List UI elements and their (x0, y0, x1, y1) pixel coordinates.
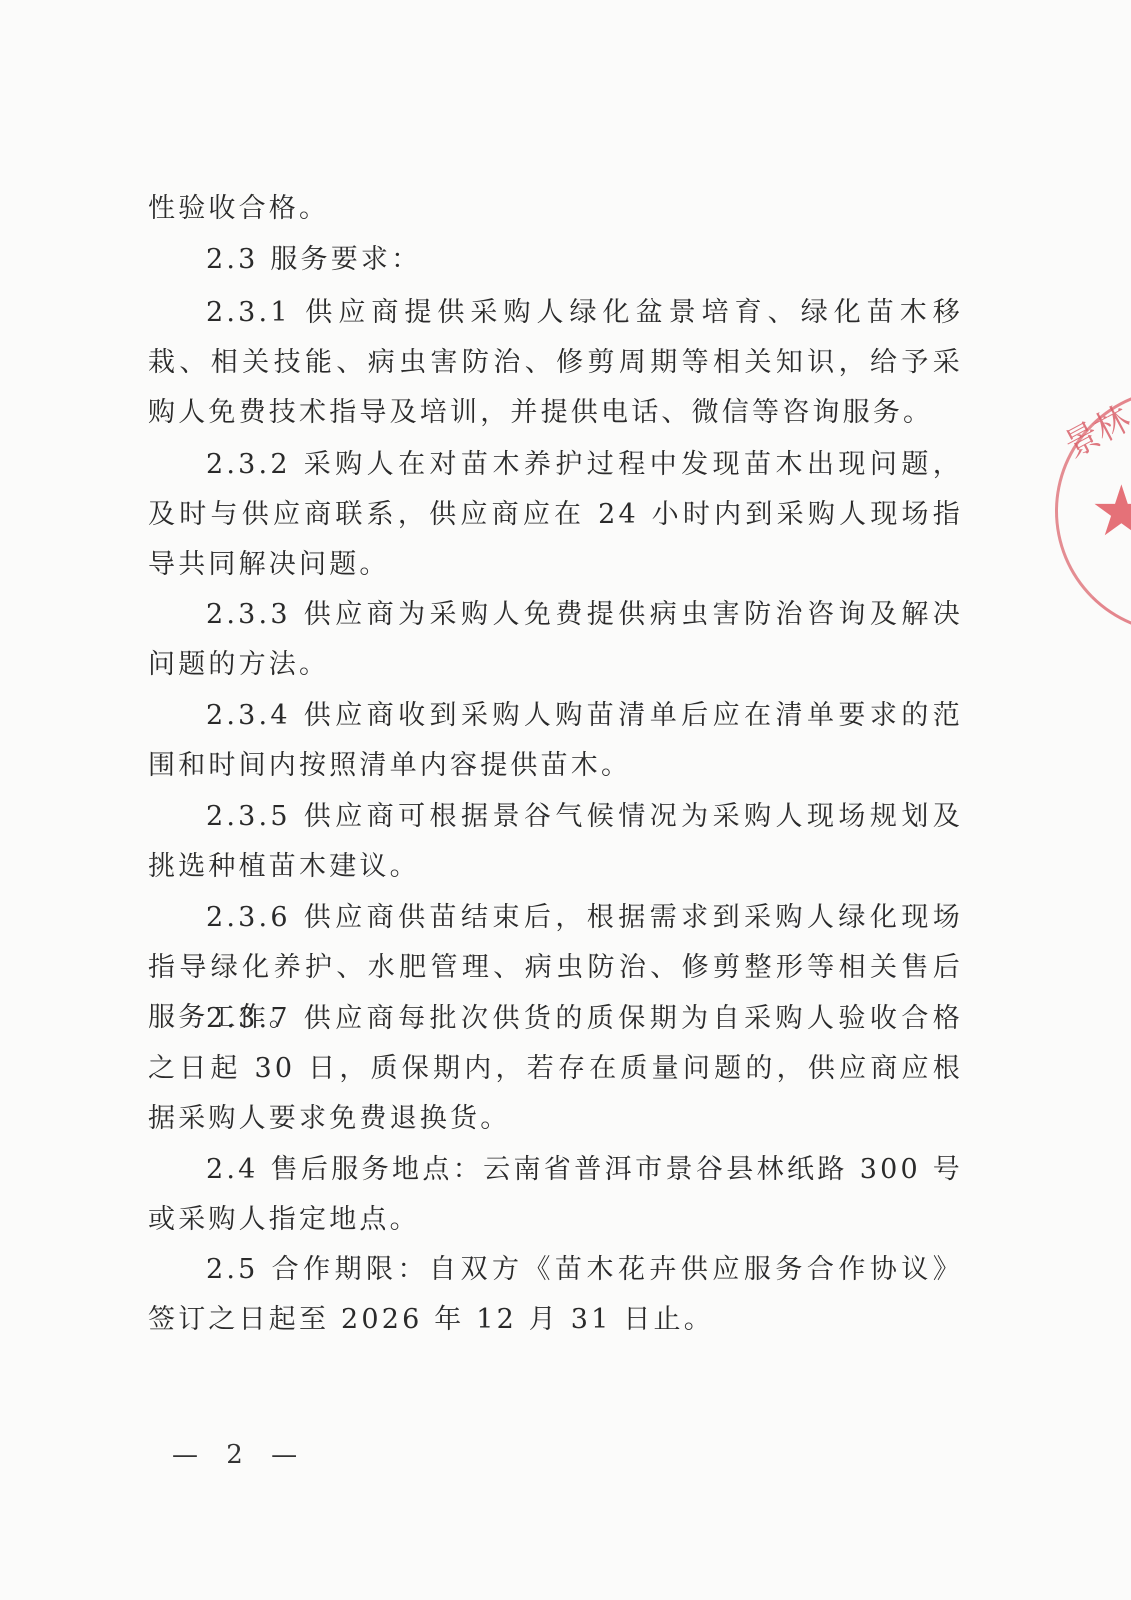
paragraph-2-3-2: 2.3.2 采购人在对苗木养护过程中发现苗木出现问题，及时与供应商联系，供应商应… (148, 440, 963, 590)
paragraph-2-3-4: 2.3.4 供应商收到采购人购苗清单后应在清单要求的范围和时间内按照清单内容提供… (148, 691, 963, 791)
paragraph-2-3-5: 2.3.5 供应商可根据景谷气候情况为采购人现场规划及挑选种植苗木建议。 (148, 792, 963, 892)
page-number: — 2 — (172, 1440, 307, 1470)
heading-2-3-service-requirements: 2.3 服务要求： (148, 235, 963, 285)
document-page: 性验收合格。 2.3 服务要求： 2.3.1 供应商提供采购人绿化盆景培育、绿化… (0, 0, 1131, 1600)
paragraph-continuation: 性验收合格。 (148, 184, 963, 234)
paragraph-2-5-cooperation-period: 2.5 合作期限：自双方《苗木花卉供应服务合作协议》签订之日起至 2026 年 … (148, 1245, 963, 1345)
paragraph-2-3-1: 2.3.1 供应商提供采购人绿化盆景培育、绿化苗木移栽、相关技能、病虫害防治、修… (148, 288, 963, 438)
paragraph-2-4-service-location: 2.4 售后服务地点：云南省普洱市景谷县林纸路 300 号或采购人指定地点。 (148, 1145, 963, 1245)
paragraph-2-3-7: 2.3.7 供应商每批次供货的质保期为自采购人验收合格之日起 30 日，质保期内… (148, 994, 963, 1144)
paragraph-2-3-3: 2.3.3 供应商为采购人免费提供病虫害防治咨询及解决问题的方法。 (148, 590, 963, 690)
seal-star-icon: ★ (1090, 470, 1131, 552)
